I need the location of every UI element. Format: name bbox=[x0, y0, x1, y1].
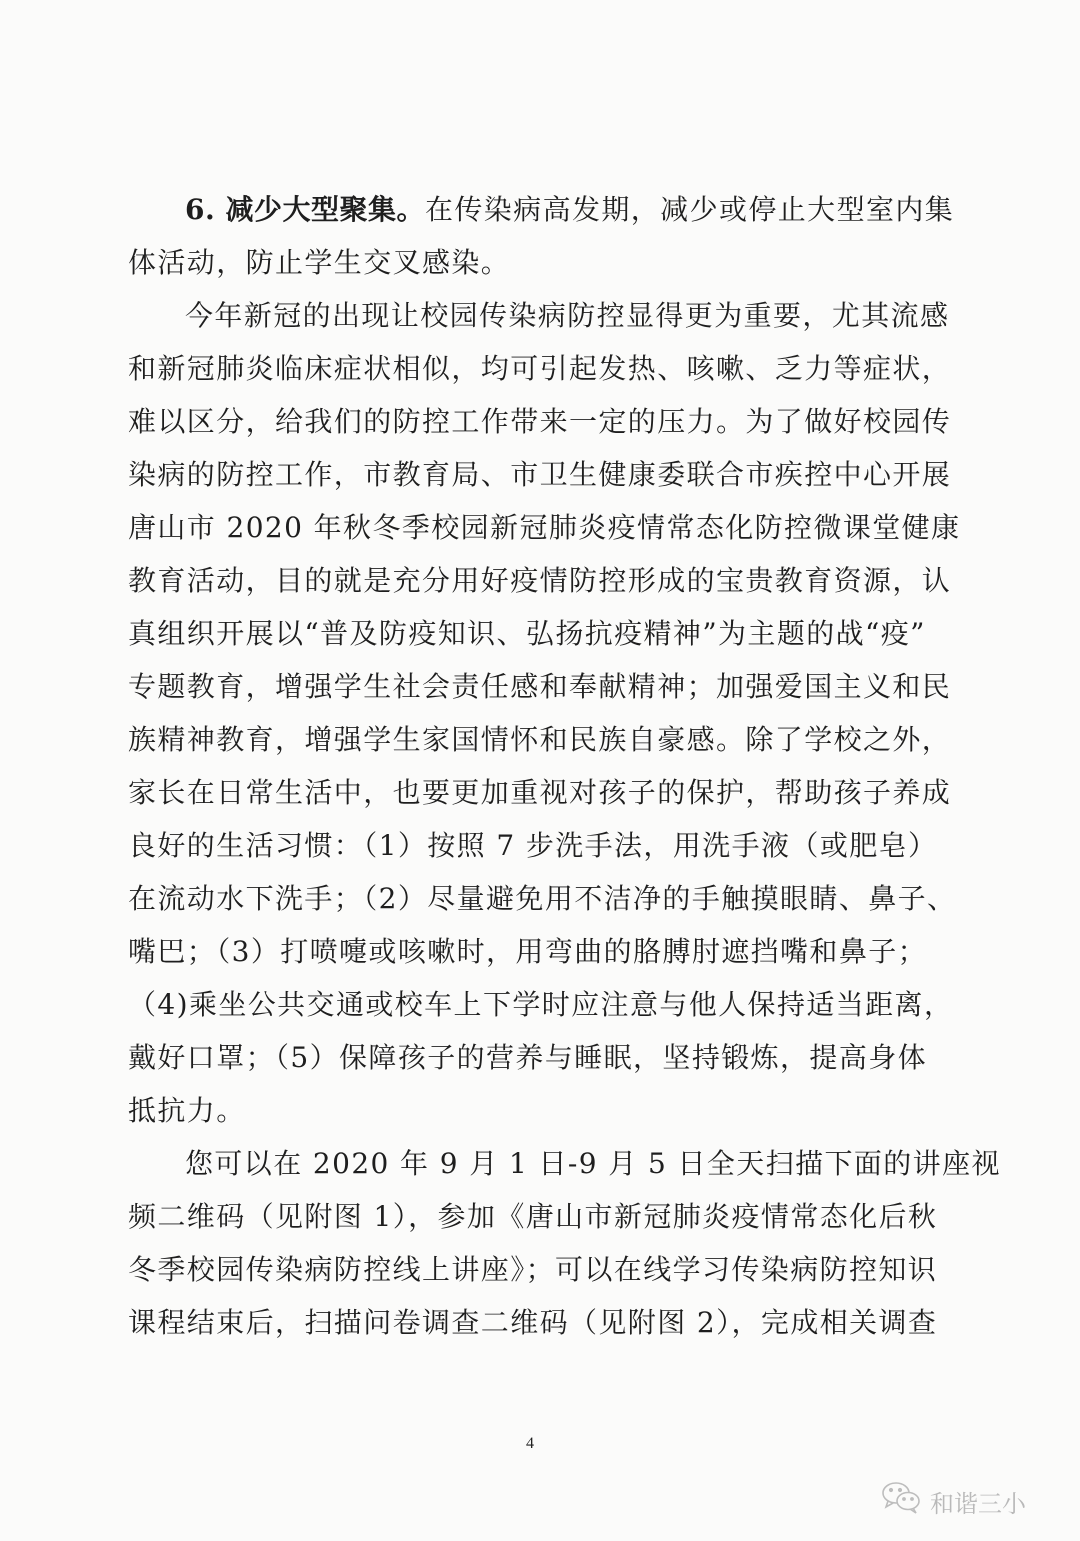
text-line: 染病的防控工作，市教育局、市卫生健康委联合市疾控中心开展 bbox=[128, 448, 954, 501]
text-line: （4)乘坐公共交通或校车上下学时应注意与他人保持适当距离， bbox=[128, 978, 954, 1031]
text-line: 今年新冠的出现让校园传染病防控显得更为重要，尤其流感 bbox=[128, 289, 954, 342]
watermark: 和谐三小 bbox=[880, 1480, 1026, 1522]
document-page: 6. 减少大型聚集。在传染病高发期，减少或停止大型室内集 体活动，防止学生交叉感… bbox=[128, 183, 954, 1349]
text-line: 在流动水下洗手；（2）尽量避免用不洁净的手触摸眼睛、鼻子、 bbox=[128, 872, 954, 925]
text-line: 冬季校园传染病防控线上讲座》；可以在线学习传染病防控知识 bbox=[128, 1243, 954, 1296]
text-line: 唐山市 2020 年秋冬季校园新冠肺炎疫情常态化防控微课堂健康 bbox=[128, 501, 954, 554]
paragraph-reduce-gatherings: 6. 减少大型聚集。在传染病高发期，减少或停止大型室内集 体活动，防止学生交叉感… bbox=[128, 183, 954, 289]
text-line: 体活动，防止学生交叉感染。 bbox=[128, 236, 954, 289]
text-line: 嘴巴；（3）打喷嚏或咳嗽时，用弯曲的胳膊肘遮挡嘴和鼻子； bbox=[128, 925, 954, 978]
text-line: 族精神教育，增强学生家国情怀和民族自豪感。除了学校之外， bbox=[128, 713, 954, 766]
text-line: 家长在日常生活中，也要更加重视对孩子的保护，帮助孩子养成 bbox=[128, 766, 954, 819]
page-number: 4 bbox=[526, 1435, 534, 1453]
text-line: 难以区分，给我们的防控工作带来一定的压力。为了做好校园传 bbox=[128, 395, 954, 448]
text-line: 课程结束后，扫描问卷调查二维码（见附图 2），完成相关调查 bbox=[128, 1296, 954, 1349]
text-line: 频二维码（见附图 1），参加《唐山市新冠肺炎疫情常态化后秋 bbox=[128, 1190, 954, 1243]
text-line: 6. 减少大型聚集。在传染病高发期，减少或停止大型室内集 bbox=[128, 183, 954, 236]
text-line: 戴好口罩；（5）保障孩子的营养与睡眠，坚持锻炼，提高身体 bbox=[128, 1031, 954, 1084]
paragraph-covid-context: 今年新冠的出现让校园传染病防控显得更为重要，尤其流感 和新冠肺炎临床症状相似，均… bbox=[128, 289, 954, 1137]
wechat-icon bbox=[880, 1480, 924, 1522]
text-line: 真组织开展以“普及防疫知识、弘扬抗疫精神”为主题的战“疫” bbox=[128, 607, 954, 660]
paragraph-lecture-info: 您可以在 2020 年 9 月 1 日-9 月 5 日全天扫描下面的讲座视 频二… bbox=[128, 1137, 954, 1349]
section-heading: 6. 减少大型聚集。 bbox=[185, 193, 425, 226]
watermark-label: 和谐三小 bbox=[930, 1484, 1026, 1519]
text-line: 抵抗力。 bbox=[128, 1084, 954, 1137]
text-line: 专题教育，增强学生社会责任感和奉献精神；加强爱国主义和民 bbox=[128, 660, 954, 713]
text-line: 和新冠肺炎临床症状相似，均可引起发热、咳嗽、乏力等症状， bbox=[128, 342, 954, 395]
text-line: 良好的生活习惯：（1）按照 7 步洗手法，用洗手液（或肥皂） bbox=[128, 819, 954, 872]
text-line: 教育活动，目的就是充分用好疫情防控形成的宝贵教育资源，认 bbox=[128, 554, 954, 607]
text-line: 您可以在 2020 年 9 月 1 日-9 月 5 日全天扫描下面的讲座视 bbox=[128, 1137, 954, 1190]
